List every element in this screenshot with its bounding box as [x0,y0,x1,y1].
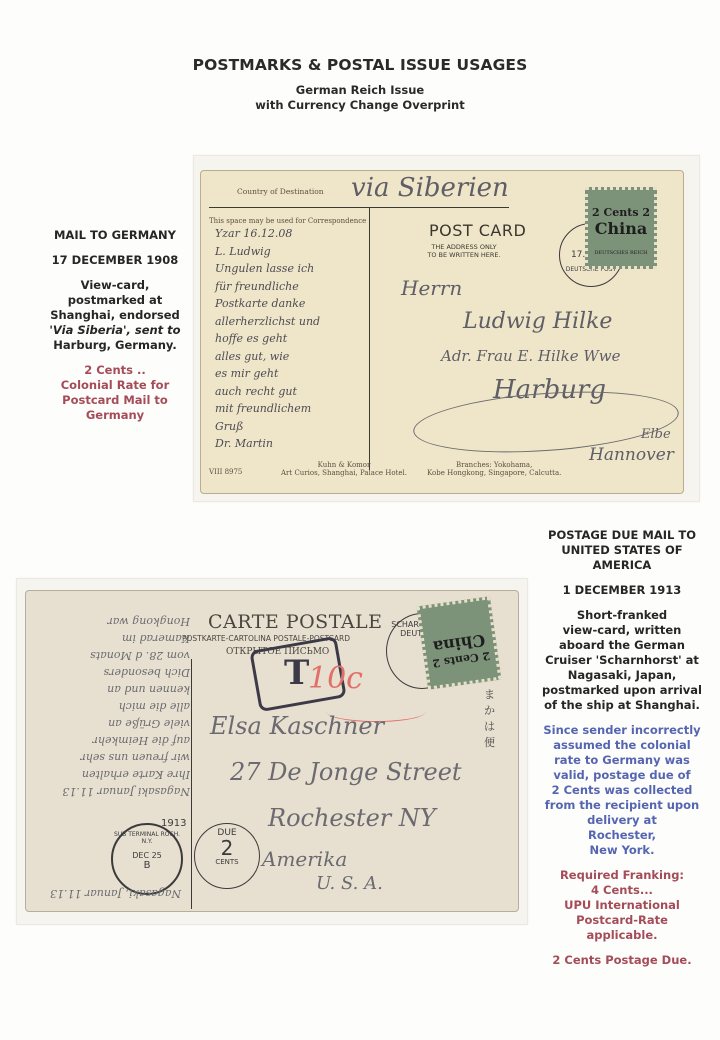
sender-date-note: Nagasaki, Januar 11.13 [50,887,181,900]
address-handwriting: Herrn Ludwig Hilke Adr. Frau E. Hilke Ww… [401,271,620,407]
japanese-note: まかは便 [484,687,496,751]
via-siberia-endorsement: via Siberien [351,173,509,203]
germania-china-stamp-inverted: 2 Cents 2 China [417,596,502,689]
item2-franking: Required Franking: 4 Cents... UPU Intern… [527,868,717,943]
carte-postale-heading: CARTE POSTALE [208,611,383,633]
item2-postcard: CARTE POSTALE POSTKARTE-CARTOLINA POSTAL… [25,590,519,912]
destination-line [209,207,509,208]
upside-down-message: Nagasaki Januar 11.13Ihre Karte erhalten… [40,613,190,800]
page-title: POSTMARKS & POSTAL ISSUE USAGES [0,56,720,74]
item2-heading: POSTAGE DUE MAIL TO UNITED STATES OF AME… [527,528,717,573]
item2-note: POSTAGE DUE MAIL TO UNITED STATES OF AME… [527,528,717,978]
item2-description: Short-franked view-card, written aboard … [527,608,717,713]
address-handwriting: Elsa Kaschner 27 De Jonge Street Rochest… [210,703,462,841]
footer-code: VIII 8975 [209,468,242,476]
hannover-handwriting: Hannover [589,445,674,465]
item1-description: View-card, postmarked at Shanghai, endor… [30,278,200,353]
subtitle-line-1: German Reich Issue [0,83,720,98]
correspondence-label: This space may be used for Correspondenc… [209,217,366,225]
item1-postcard: Country of Destination via Siberien This… [200,170,684,494]
message-handwriting: Yzar 16.12.08L. LudwigUngulen lasse ichf… [215,225,365,453]
due-2-cents-mark: DUE 2 CENTS [194,823,260,889]
item1-note: MAIL TO GERMANY 17 DECEMBER 1908 View-ca… [30,228,200,433]
item1-heading: MAIL TO GERMANY [30,228,200,243]
red-10c-mark: 10c [308,661,363,696]
branches-info: Branches: Yokohama, Kobe Hongkong, Singa… [427,461,561,477]
item2-date: 1 DECEMBER 1913 [527,583,717,598]
post-card-heading: POST CARD [429,221,526,240]
publisher-info: Kuhn & Komor Art Curios, Shanghai, Palac… [281,461,407,477]
tax-t-mark: T [284,653,309,693]
page-subtitle: German Reich Issue with Currency Change … [0,83,720,113]
elbe-handwriting: Elbe [641,427,671,442]
rochester-arrival-cancel: SUB TERMINAL ROCH. N.Y. DEC 25 B [111,823,183,895]
item1-rate: 2 Cents .. Colonial Rate for Postcard Ma… [30,363,200,423]
item2-postage-due: 2 Cents Postage Due. [527,953,717,968]
country-label: Country of Destination [237,187,324,196]
divider-line [191,659,192,909]
germania-china-stamp: 2 Cents 2 China DEUTSCHES REICH [585,187,657,269]
amerika-handwriting: Amerika [262,847,347,871]
item2-explanation: Since sender incorrectly assumed the col… [527,723,717,858]
subtitle-line-2: with Currency Change Overprint [0,98,720,113]
divider-line [369,208,370,470]
usa-handwriting: U. S. A. [316,873,383,894]
item1-date: 17 DECEMBER 1908 [30,253,200,268]
address-note: THE ADDRESS ONLY TO BE WRITTEN HERE. [421,243,507,259]
